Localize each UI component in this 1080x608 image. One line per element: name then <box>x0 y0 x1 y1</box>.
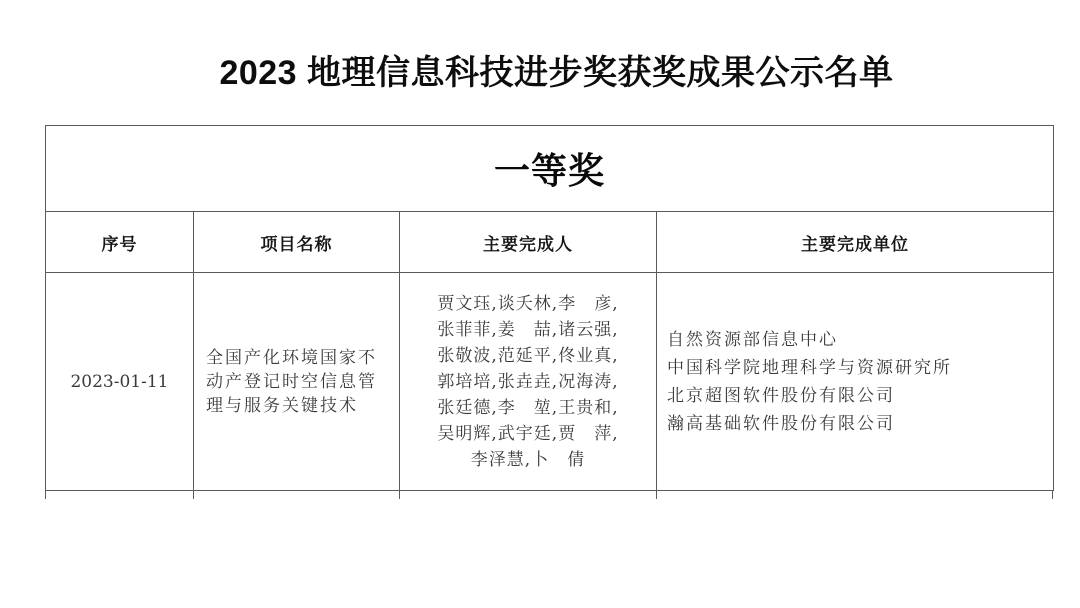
unit-line: 北京超图软件股份有限公司 <box>667 382 1043 410</box>
units-cell: 自然资源部信息中心 中国科学院地理科学与资源研究所 北京超图软件股份有限公司 瀚… <box>657 273 1054 491</box>
contributors-line: 张菲菲,姜 喆,诸云强, <box>400 317 656 343</box>
unit-line: 自然资源部信息中心 <box>667 326 1043 354</box>
table-header-row: 序号 项目名称 主要完成人 主要完成单位 <box>46 212 1054 273</box>
award-level-heading: 一等奖 <box>46 126 1054 212</box>
award-table: 一等奖 序号 项目名称 主要完成人 主要完成单位 2023-01-11 全国产化… <box>45 125 1054 491</box>
project-name-cell: 全国产化环境国家不动产登记时空信息管理与服务关键技术 <box>194 273 400 491</box>
contributors-line: 李泽慧,卜 倩 <box>400 447 656 473</box>
award-level-row: 一等奖 <box>46 126 1054 212</box>
contributors-line: 吴明辉,武宇廷,贾 萍, <box>400 421 656 447</box>
seq-cell: 2023-01-11 <box>46 273 194 491</box>
column-header-seq: 序号 <box>46 212 194 273</box>
contributors-cell: 贾文珏,谈夭林,李 彦, 张菲菲,姜 喆,诸云强, 张敬波,范延平,佟业真, 郭… <box>400 273 657 491</box>
next-row-border-stub <box>656 491 657 499</box>
contributors-line: 贾文珏,谈夭林,李 彦, <box>400 291 656 317</box>
unit-line: 瀚高基础软件股份有限公司 <box>667 410 1043 438</box>
next-row-border-stub <box>1052 491 1053 499</box>
column-header-main-units: 主要完成单位 <box>657 212 1054 273</box>
unit-line: 中国科学院地理科学与资源研究所 <box>667 354 1043 382</box>
contributors-line: 张廷德,李 堃,王贵和, <box>400 395 656 421</box>
contributors-line: 郭培培,张垚垚,况海涛, <box>400 369 656 395</box>
column-header-main-contributors: 主要完成人 <box>400 212 657 273</box>
next-row-border-stub <box>193 491 194 499</box>
table-row: 2023-01-11 全国产化环境国家不动产登记时空信息管理与服务关键技术 贾文… <box>46 273 1054 491</box>
column-header-project-name: 项目名称 <box>194 212 400 273</box>
next-row-border-stub <box>45 491 46 499</box>
document-title: 2023 地理信息科技进步奖获奖成果公示名单 <box>0 50 1080 96</box>
award-table-container: 一等奖 序号 项目名称 主要完成人 主要完成单位 2023-01-11 全国产化… <box>45 125 1053 491</box>
next-row-border-stub <box>399 491 400 499</box>
contributors-line: 张敬波,范延平,佟业真, <box>400 343 656 369</box>
